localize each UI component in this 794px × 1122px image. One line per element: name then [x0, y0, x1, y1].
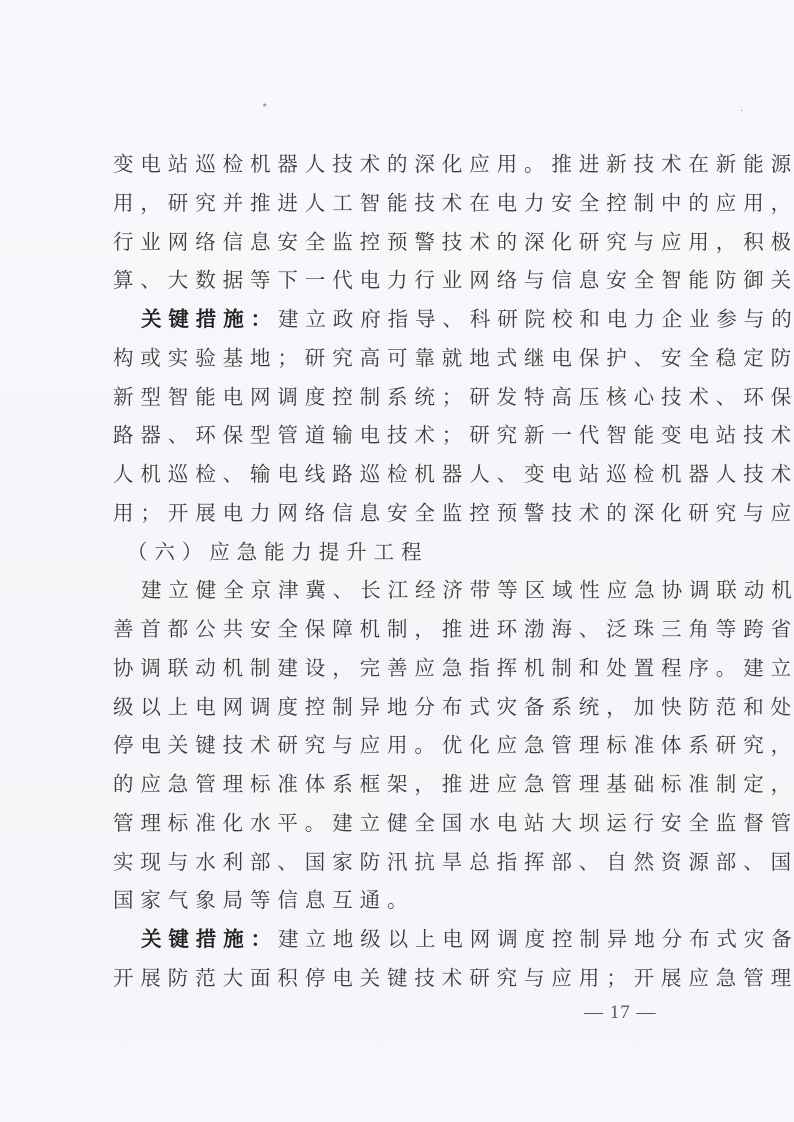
text-line: 开展防范大面积停电关键技术研究与应用；开展应急管理标准体系 — [113, 959, 693, 998]
section-heading: （六）应急能力提升工程 — [113, 533, 693, 572]
text-line: 管理标准化水平。建立健全国水电站大坝运行安全监督管理平台， — [113, 804, 693, 843]
text-line: 用；开展电力网络信息安全监控预警技术的深化研究与应用。 — [113, 494, 693, 533]
text-line: 人机巡检、输电线路巡检机器人、变电站巡检机器人技术的深化应 — [113, 455, 693, 494]
text-line: 的应急管理标准体系框架，推进应急管理基础标准制定，提升应急 — [113, 765, 693, 804]
text-line: 停电关键技术研究与应用。优化应急管理标准体系研究，建立统一 — [113, 726, 693, 765]
text-line: 国家气象局等信息互通。 — [113, 881, 693, 920]
text-run: 建立政府指导、科研院校和电力企业参与的科研机 — [278, 307, 794, 331]
key-measures-paragraph-2: 关键措施：建立地级以上电网调度控制异地分布式灾备系统； — [113, 920, 693, 959]
page-number: — 17 — — [584, 1002, 657, 1024]
text-line: 用，研究并推进人工智能技术在电力安全控制中的应用，开展电力 — [113, 184, 693, 223]
document-page: ٭ · 变电站巡检机器人技术的深化应用。推进新技术在新能源机组的应 用，研究并推… — [0, 0, 794, 1122]
section-paragraph-first-line: 建立健全京津冀、长江经济带等区域性应急协调联动机制，完 — [113, 571, 693, 610]
key-measures-label: 关键措施： — [141, 307, 278, 331]
text-line: 路器、环保型管道输电技术；研究新一代智能变电站技术；推进无 — [113, 416, 693, 455]
text-run: 建立地级以上电网调度控制异地分布式灾备系统； — [278, 927, 794, 951]
scan-speck: ٭ — [262, 100, 267, 111]
text-line: 行业网络信息安全监控预警技术的深化研究与应用，积极探索云计 — [113, 223, 693, 262]
text-line: 新型智能电网调度控制系统；研发特高压核心技术、环保型高速断 — [113, 378, 693, 417]
scan-speck: · — [740, 106, 743, 117]
body-text: 变电站巡检机器人技术的深化应用。推进新技术在新能源机组的应 用，研究并推进人工智… — [113, 145, 693, 998]
text-line: 算、大数据等下一代电力行业网络与信息安全智能防御关键技术。 — [113, 261, 693, 300]
text-line: 变电站巡检机器人技术的深化应用。推进新技术在新能源机组的应 — [113, 145, 693, 184]
text-line: 协调联动机制建设，完善应急指挥机制和处置程序。建立完善地市 — [113, 649, 693, 688]
key-measures-label: 关键措施： — [141, 927, 278, 951]
text-line: 构或实验基地；研究高可靠就地式继电保护、安全稳定防护系统、 — [113, 339, 693, 378]
key-measures-paragraph-1: 关键措施：建立政府指导、科研院校和电力企业参与的科研机 — [113, 300, 693, 339]
text-line: 实现与水利部、国家防汛抗旱总指挥部、自然资源部、国家地震局、 — [113, 843, 693, 882]
text-line: 级以上电网调度控制异地分布式灾备系统，加快防范和处置大面积 — [113, 688, 693, 727]
text-line: 善首都公共安全保障机制，推进环渤海、泛珠三角等跨省跨区应急 — [113, 610, 693, 649]
